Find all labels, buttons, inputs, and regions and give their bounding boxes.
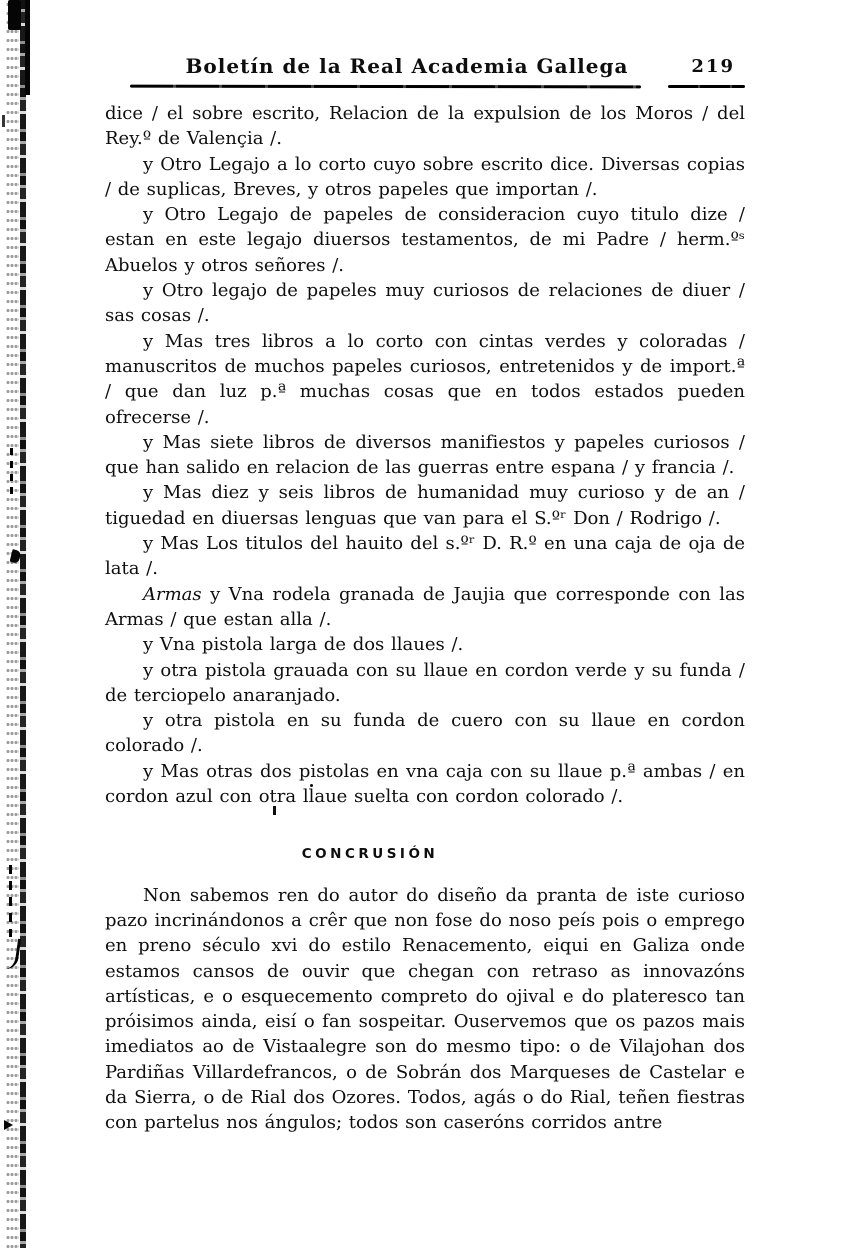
header-rule-short-segment [668, 85, 745, 88]
paragraph-legajo-3: y Otro legajo de papeles muy curiosos de… [105, 278, 745, 329]
armas-italic-lead: Armas [143, 584, 202, 605]
paragraph-pistola-3: y otra pistola en su funda de cuero con … [105, 708, 745, 759]
header-rule [105, 85, 745, 88]
running-head: Boletín de la Real Academia Gallega 219 [105, 54, 745, 80]
paragraph-legajo-2: y Otro Legajo de papeles de consideracio… [105, 202, 745, 278]
paragraph-continuation: dice / el sobre escrito, Relacion de la … [105, 101, 745, 152]
scan-mark-artifact [4, 1120, 13, 1130]
scan-edge-speckle-artifact [6, 0, 19, 1248]
section-heading-concrusion: CONCRUSIÓN [302, 842, 438, 867]
paragraph-legajo-1: y Otro Legajo a lo corto cuyo sobre escr… [105, 152, 745, 203]
text-column: Boletín de la Real Academia Gallega 219 … [105, 0, 745, 1136]
scan-mark-artifact [2, 115, 5, 127]
paragraph-armas-text: y Vna rodela granada de Jaujia que corre… [105, 584, 745, 630]
scan-blob-artifact [25, 0, 30, 95]
scan-mark-artifact [9, 865, 12, 937]
header-rule-long-segment [130, 85, 641, 89]
journal-title: Boletín de la Real Academia Gallega [87, 54, 727, 78]
scan-edge-line-artifact [20, 0, 26, 1248]
scan-mark-artifact [10, 448, 13, 496]
paragraph-siete-libros: y Mas siete libros de diversos manifiest… [105, 430, 745, 481]
scanned-book-page: Boletín de la Real Academia Gallega 219 … [0, 0, 850, 1248]
page-number: 219 [691, 56, 735, 77]
paragraph-pistola-2: y otra pistola grauada con su llaue en c… [105, 658, 745, 709]
page-body: dice / el sobre escrito, Relacion de la … [105, 101, 745, 1136]
paragraph-conclusion: Non sabemos ren do autor do diseño da pr… [105, 883, 745, 1136]
paragraph-armas: Armas y Vna rodela granada de Jaujia que… [105, 582, 745, 633]
scan-blob-artifact [8, 0, 21, 30]
paragraph-tres-libros: y Mas tres libros a lo corto con cintas … [105, 329, 745, 430]
paragraph-dieciseis-libros: y Mas diez y seis libros de humanidad mu… [105, 480, 745, 531]
paragraph-pistola-1: y Vna pistola larga de dos llaues /. [105, 632, 745, 657]
paragraph-titulos-hauito: y Mas Los titulos del hauito del s.ºʳ D.… [105, 531, 745, 582]
paragraph-pistolas-caja: y Mas otras dos pistolas en vna caja con… [105, 759, 745, 810]
